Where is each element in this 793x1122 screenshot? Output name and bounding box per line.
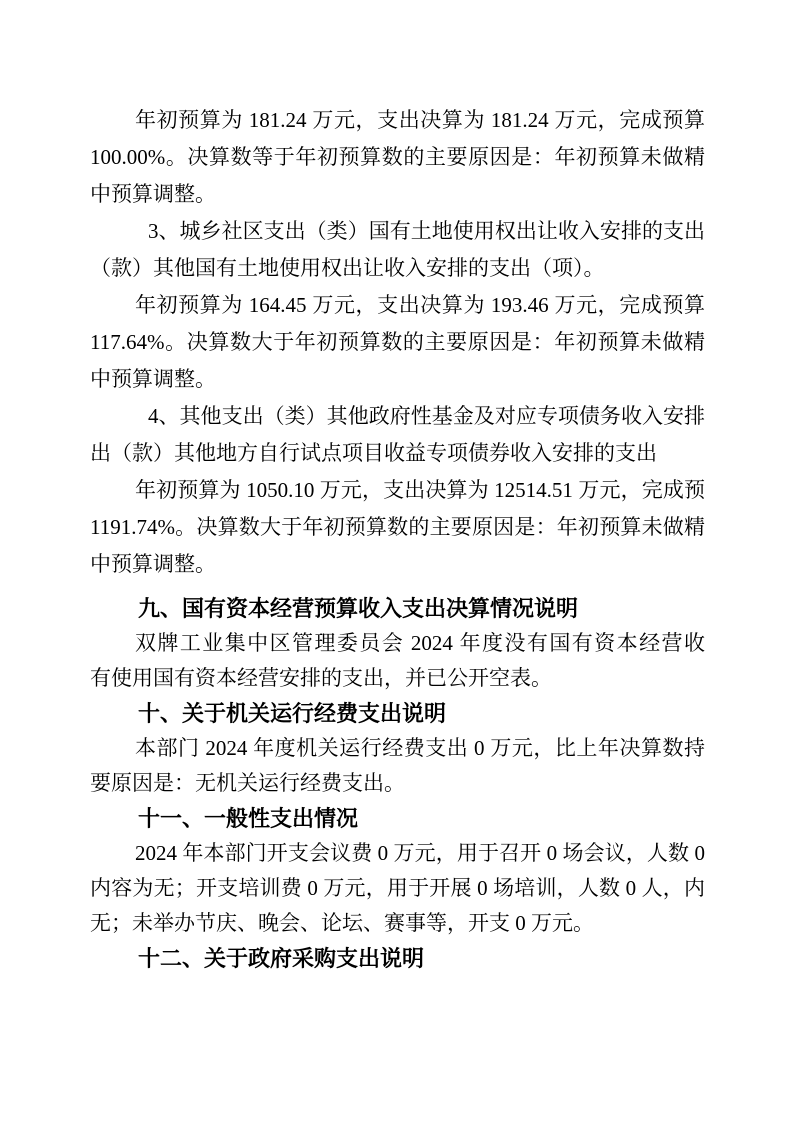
heading-line: 十二、关于政府采购支出说明 [90,941,705,976]
text-line: 中预算调整。 [90,361,705,398]
paragraph: 4、其他支出（类）其他政府性基金及对应专项债务收入安排的支出（款）其他地方自行试… [90,398,705,472]
text-line: 中预算调整。 [90,546,705,583]
text-line: 本部门 2024 年度机关运行经费支出 0 万元，比上年决算数持平，主 [90,731,705,766]
paragraph: 年初预算为 164.45 万元，支出决算为 193.46 万元，完成预算的117… [90,287,705,398]
text-line: 2024 年本部门开支会议费 0 万元，用于召开 0 场会议，人数 0 人， [90,836,705,871]
text-line: 中预算调整。 [90,176,705,213]
text-line: 年初预算为 164.45 万元，支出决算为 193.46 万元，完成预算的 [90,287,705,324]
blank-line [90,583,705,591]
text-line: 100.00%。决算数等于年初预算数的主要原因是：年初预算未做精准，年 [90,139,705,176]
text-line: 3、城乡社区支出（类）国有土地使用权出让收入安排的支出 [90,213,705,250]
text-line: 要原因是：无机关运行经费支出。 [90,766,705,801]
paragraph: 年初预算为 181.24 万元，支出决算为 181.24 万元，完成预算的100… [90,102,705,213]
section-heading: 十二、关于政府采购支出说明 [90,941,705,976]
text-line: 117.64%。决算数大于年初预算数的主要原因是：年初预算未做精准，年 [90,324,705,361]
paragraph: 本部门 2024 年度机关运行经费支出 0 万元，比上年决算数持平，主要原因是：… [90,731,705,801]
heading-line: 十、关于机关运行经费支出说明 [90,696,705,731]
text-line: 有使用国有资本经营安排的支出，并已公开空表。 [90,661,705,696]
section-heading: 十一、一般性支出情况 [90,801,705,836]
text-line: 1191.74%。决算数大于年初预算数的主要原因是：年初预算未做精准，年 [90,509,705,546]
text-line: 双牌工业集中区管理委员会 2024 年度没有国有资本经营收入，也没 [90,626,705,661]
paragraph: 年初预算为 1050.10 万元，支出决算为 12514.51 万元，完成预算的… [90,472,705,583]
paragraph: 3、城乡社区支出（类）国有土地使用权出让收入安排的支出（款）其他国有土地使用权出… [90,213,705,287]
paragraph: 双牌工业集中区管理委员会 2024 年度没有国有资本经营收入，也没有使用国有资本… [90,626,705,696]
section-heading: 九、国有资本经营预算收入支出决算情况说明 [90,591,705,626]
section-heading: 十、关于机关运行经费支出说明 [90,696,705,731]
heading-line: 十一、一般性支出情况 [90,801,705,836]
text-line: （款）其他国有土地使用权出让收入安排的支出（项）。 [90,250,705,287]
document-page: 年初预算为 181.24 万元，支出决算为 181.24 万元，完成预算的100… [0,0,793,1122]
text-line: 无；未举办节庆、晚会、论坛、赛事等，开支 0 万元。 [90,906,705,941]
paragraph: 2024 年本部门开支会议费 0 万元，用于召开 0 场会议，人数 0 人，内容… [90,836,705,941]
heading-line: 九、国有资本经营预算收入支出决算情况说明 [90,591,705,626]
text-line: 4、其他支出（类）其他政府性基金及对应专项债务收入安排的支 [90,398,705,435]
text-line: 年初预算为 1050.10 万元，支出决算为 12514.51 万元，完成预算的 [90,472,705,509]
text-line: 内容为无；开支培训费 0 万元，用于开展 0 场培训，人数 0 人，内容为 [90,871,705,906]
text-line: 年初预算为 181.24 万元，支出决算为 181.24 万元，完成预算的 [90,102,705,139]
text-line: 出（款）其他地方自行试点项目收益专项债券收入安排的支出（项）。 [90,435,705,472]
